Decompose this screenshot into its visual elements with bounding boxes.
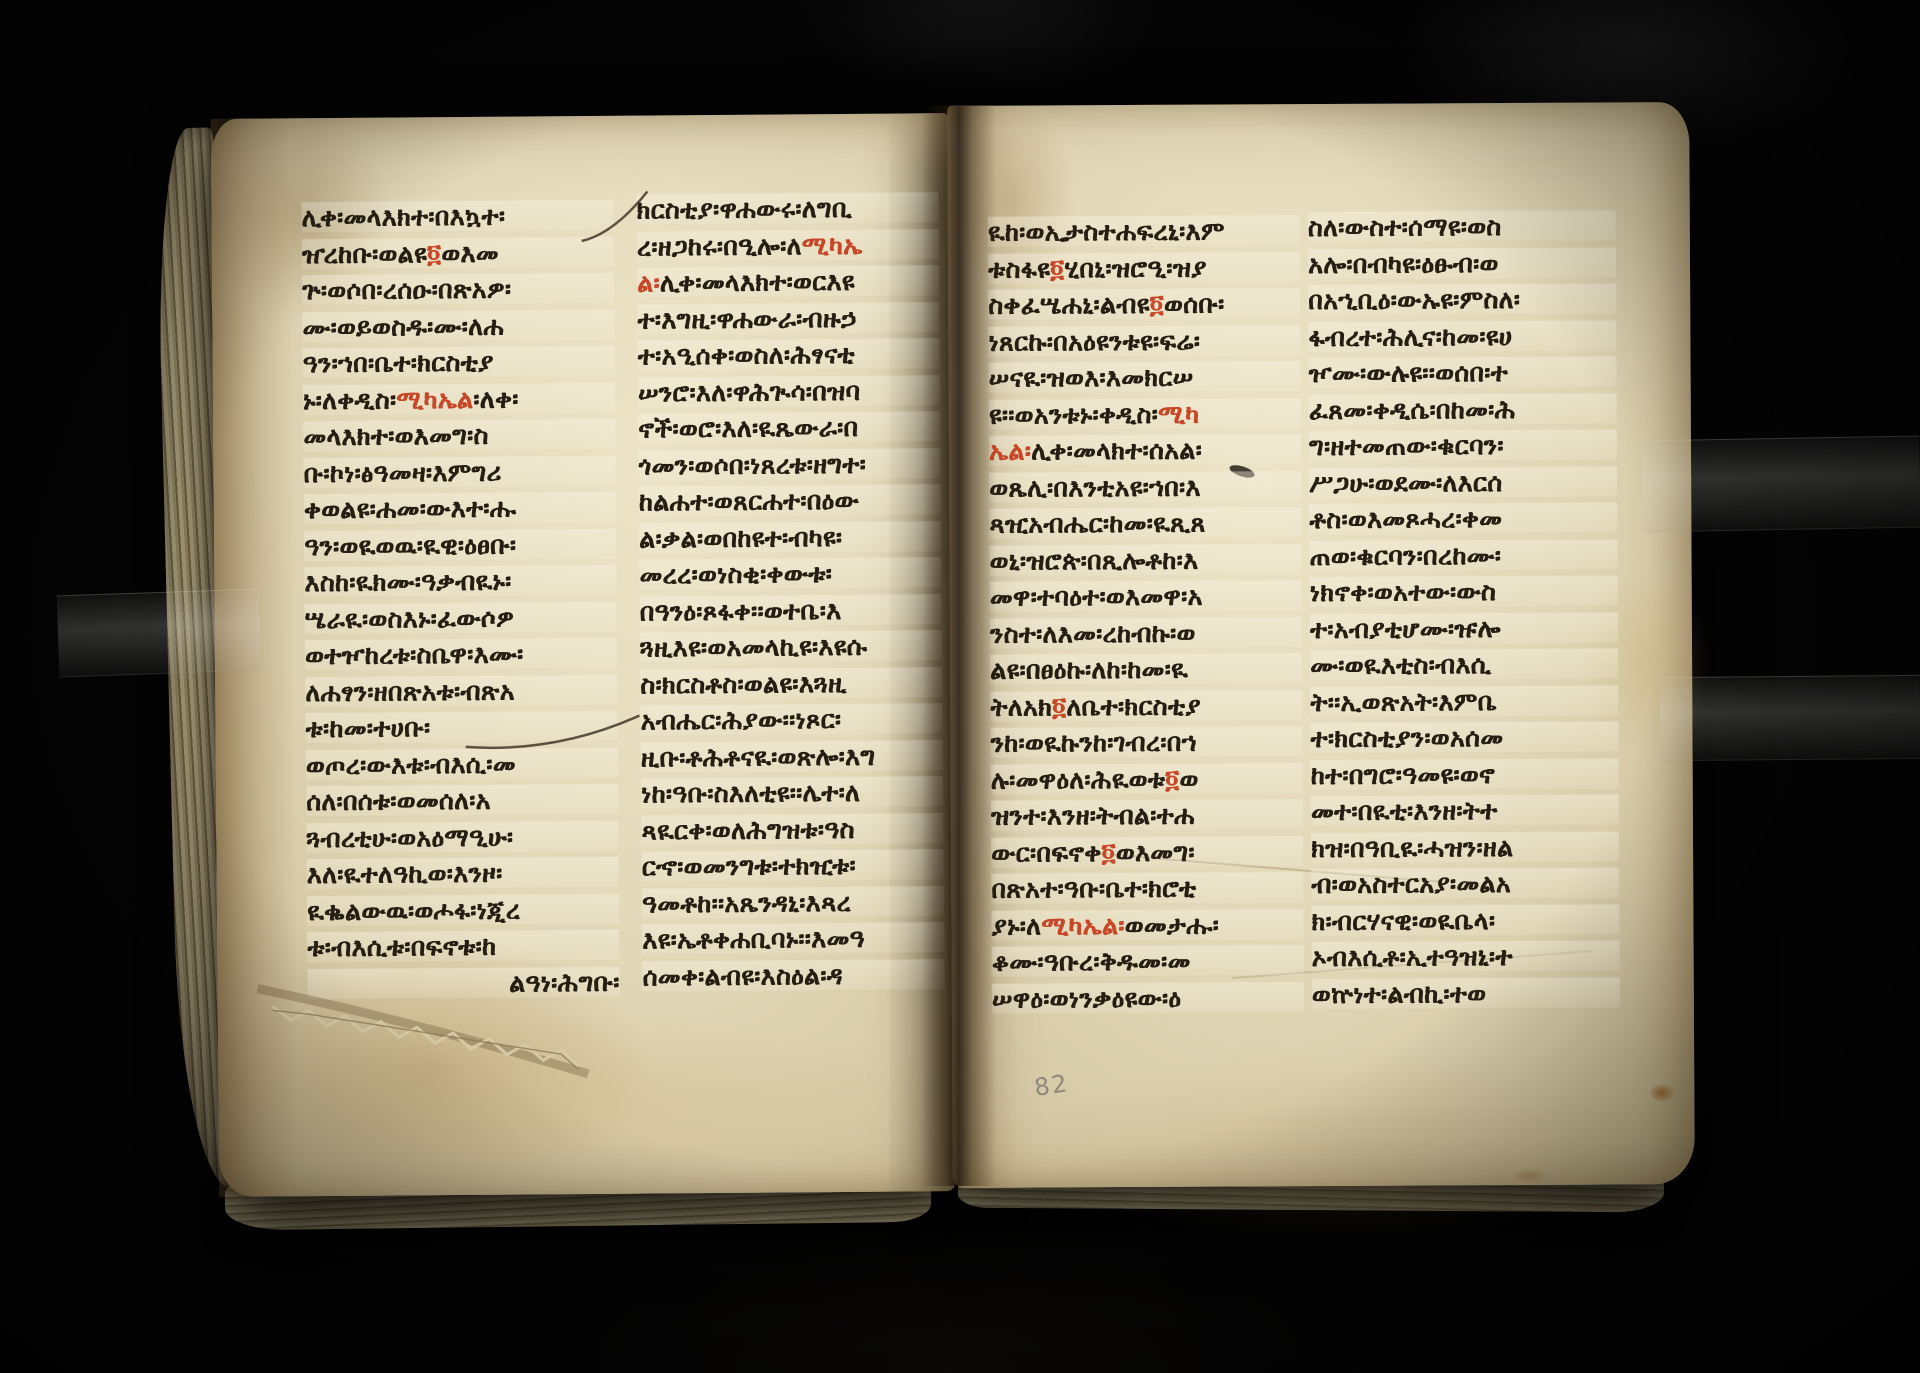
folio-number-pencil: 82 bbox=[1032, 1069, 1070, 1102]
text-line: ተ፡አብያቲሆሙ፡ዡሎ bbox=[1310, 612, 1618, 644]
right-page: ዪከ፡ወኢታስተሐፍረኒ፡እምቱስፋዩ፬ሂበኒ፡ዝሮዒ፡ዝያስቀፈሤሐኒ፡ልብዩ… bbox=[947, 102, 1695, 1188]
text-line: መተ፡በዪቲ፡እንዘ፡ትተ bbox=[1311, 794, 1619, 826]
text-line: ያኑ፡ለሚካኤል፡ወመታሑ፡ bbox=[991, 909, 1303, 941]
text-line: ዝንተ፡እንዘ፡ትብል፡ተሐ bbox=[991, 799, 1303, 831]
text-line: ቶስ፡ወእመጾሓረ፡ቀመ bbox=[1309, 502, 1617, 534]
text-line: ብ፡ወአስተርአያ፡መልአ bbox=[1311, 867, 1619, 899]
text-line: በአኂቢዕ፡ውኡዩ፡ምስለ፡ bbox=[1308, 283, 1616, 315]
text-line: ፈጸመ፡ቀዲሴ፡በከመ፡ሕ bbox=[1309, 393, 1617, 425]
text-line: ክዝ፡በዓቢዪ፡ሓዝን፡ዘል bbox=[1311, 831, 1619, 863]
text-line: ሠናዪ፡ዝወእ፡እመክርሠ bbox=[989, 361, 1301, 393]
manuscript-photo: ሊቀ፡መላእክተ፡በእኳተ፡ዠረከቡ፡ወልዩ፬ወእመጕ፡ወሶበ፡ረሰዑ፡በጽአዎ… bbox=[0, 0, 1920, 1373]
text-line: ቱስፋዩ፬ሂበኒ፡ዝሮዒ፡ዝያ bbox=[988, 252, 1300, 284]
text-line: ሥጋሁ፡ወደሙ፡ለእርሰ bbox=[1309, 466, 1617, 498]
text-line: ክ፡ብርሃናዊ፡ወዪቤላ፡ bbox=[1311, 904, 1619, 936]
text-line: ዩ፡፡ወአንቱኑ፡ቀዲስ፡ሚካ bbox=[989, 398, 1301, 430]
text-line: ጠወ፡ቁርባን፡በረከሙ፡ bbox=[1309, 539, 1617, 571]
text-line: ጻዢአብሔር፡ከመ፡ዪጺጸ bbox=[989, 507, 1301, 539]
text-column-3: ዪከ፡ወኢታስተሐፍረኒ፡እምቱስፋዩ፬ሂበኒ፡ዝሮዒ፡ዝያስቀፈሤሐኒ፡ልብዩ… bbox=[988, 215, 1304, 1020]
text-line: ስቀፈሤሐኒ፡ልብዩ፬ወሰቡ፡ bbox=[988, 288, 1300, 320]
text-column-4: ስለ፡ውስተ፡ሰማዩ፡ወስአሎ፡በብካዩ፡ዕፁብ፡ወበአኂቢዕ፡ውኡዩ፡ምስለ፡… bbox=[1308, 210, 1620, 1015]
text-line: ግ፡ዘተመጠው፡ቁርባን፡ bbox=[1309, 429, 1617, 461]
text-line: በጽአተ፡ዓቡ፡ቤተ፡ክሮቲ bbox=[991, 872, 1303, 904]
text-line: ዦሙ፡ውሉዩ፡፡ወሰበ፡ተ bbox=[1308, 356, 1616, 388]
background-haze bbox=[600, 1230, 1300, 1373]
text-line: ነጸርኩ፡በአዕዩንቱዩ፡ፍሬ፡ bbox=[988, 325, 1300, 357]
text-line: ኤል፡ሊቀ፡መላክተ፡ሰአል፡ bbox=[989, 434, 1301, 466]
text-line: ነክኖቀ፡ወአተው፡ውስ bbox=[1310, 575, 1618, 607]
pen-flourishes-and-repair bbox=[211, 113, 956, 1197]
text-line: ዪከ፡ወኢታስተሐፍረኒ፡እም bbox=[988, 215, 1300, 247]
text-line: ትለአክ፬ለቤተ፡ክርስቲያ bbox=[990, 690, 1302, 722]
text-line: ወኵነተ፡ልብኪ፡ተወ bbox=[1312, 977, 1620, 1009]
text-line: ሠዋዕ፡ወነንቃዕዩው፡ዕ bbox=[992, 982, 1304, 1014]
text-line: ሉ፡መዋዕለ፡ሕዪወቱ፬ወ bbox=[991, 763, 1303, 795]
plastic-strip-right-upper bbox=[1641, 436, 1920, 533]
text-line: ወጼሊ፡በእንቲአዩ፡ኀበ፡እ bbox=[989, 471, 1301, 503]
text-line: ውር፡በፍኖቀ፬ወእመግ፡ bbox=[991, 836, 1303, 868]
background-haze bbox=[800, 0, 1160, 90]
stain-spot bbox=[1650, 1084, 1674, 1101]
text-line: ወኒ፡ዝሮጵ፡በጺሎቶከ፡እ bbox=[989, 544, 1301, 576]
text-line: ንከ፡ወዪኩንከ፡ገብረ፡በኀ bbox=[990, 726, 1302, 758]
book-gutter-shadow bbox=[922, 106, 996, 1186]
text-line: ሙ፡ወዪእቲስ፡ብእሲ bbox=[1310, 648, 1618, 680]
text-line: ልዩ፡በፀዕኩ፡ለከ፡ከመ፡ዪ bbox=[990, 653, 1302, 685]
text-line: ኦብእሲቶ፡ኢተዓዝኒ፡ተ bbox=[1312, 940, 1620, 972]
plastic-strip-right-lower bbox=[1660, 675, 1920, 761]
text-line: ት፡፡ኢወጽአት፡እምቤ bbox=[1310, 685, 1618, 717]
plastic-strip-left bbox=[57, 589, 262, 678]
text-line: መዋ፡ተባዕተ፡ወእመዋ፡አ bbox=[990, 580, 1302, 612]
stain-spot bbox=[1513, 1169, 1547, 1183]
text-line: ንስተ፡ለእመ፡ረከብኩ፡ወ bbox=[990, 617, 1302, 649]
text-line: ከተ፡በግሮ፡ዓመዩ፡ወኖ bbox=[1311, 758, 1619, 790]
text-line: ስለ፡ውስተ፡ሰማዩ፡ወስ bbox=[1308, 210, 1616, 242]
text-line: ፋብረተ፡ሕሊና፡ከመ፡ዩሀ bbox=[1308, 320, 1616, 352]
text-line: ቆሙ፡ዓቡረ፡ቅዱመ፡መ bbox=[992, 945, 1304, 977]
text-line: አሎ፡በብካዩ፡ዕፁብ፡ወ bbox=[1308, 247, 1616, 279]
left-page: ሊቀ፡መላእክተ፡በእኳተ፡ዠረከቡ፡ወልዩ፬ወእመጕ፡ወሶበ፡ረሰዑ፡በጽአዎ… bbox=[211, 113, 956, 1197]
text-line: ተ፡ክርስቲያን፡ወአሰመ bbox=[1310, 721, 1618, 753]
